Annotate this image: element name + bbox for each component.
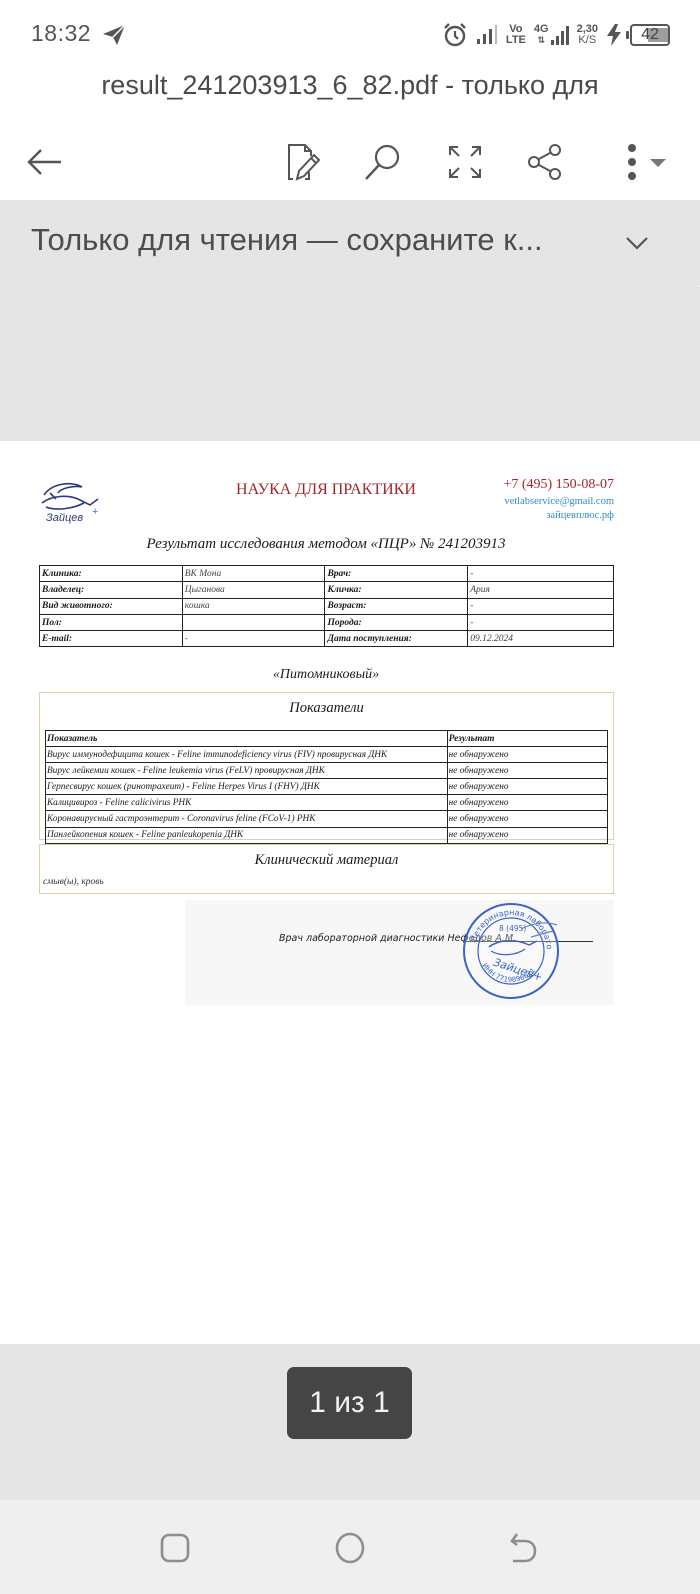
clinical-material-title: Клинический материал [40, 852, 613, 869]
info-label: Кличка: [325, 582, 468, 598]
indicator-name: Калицивироз - Feline calicivirus РНК [46, 795, 448, 811]
back-arrow-icon [25, 147, 65, 177]
navigation-bar [0, 1500, 700, 1594]
info-label: Врач: [325, 566, 468, 582]
contacts: +7 (495) 150-08-07 vetlabservice@gmail.c… [503, 477, 614, 521]
contact-site[interactable]: зайцевплюс.рф [503, 510, 614, 521]
indicator-name: Вирус лейкемии кошек - Feline leukemia v… [46, 763, 448, 779]
info-value [182, 614, 325, 630]
header-result: Результат [447, 731, 607, 747]
signal-icon [476, 25, 498, 45]
info-label: Клиника: [40, 566, 183, 582]
info-row: Владелец:ЦыгановаКличка:Ария [40, 582, 614, 598]
banner-text: Только для чтения — сохраните к... [31, 222, 543, 258]
fullscreen-button[interactable] [440, 137, 490, 187]
indicator-result: не обнаружено [447, 763, 607, 779]
info-value: - [468, 614, 614, 630]
battery-level: 42 [641, 26, 659, 43]
table-header-row: Показатель Результат [46, 731, 608, 747]
more-options-button[interactable] [615, 137, 675, 187]
table-row: Вирус лейкемии кошек - Feline leukemia v… [46, 763, 608, 779]
info-label: Владелец: [40, 582, 183, 598]
indicator-name: Вирус иммунодефицита кошек - Feline immu… [46, 747, 448, 763]
volte-icon: Vo LTE [506, 24, 526, 46]
toolbar [0, 125, 700, 200]
telegram-icon [102, 24, 126, 46]
info-value: - [468, 598, 614, 614]
signature-area: Врач лабораторной диагностики Нефедов А.… [185, 900, 614, 1005]
info-label: Дата поступления: [325, 631, 468, 647]
4g-signal-icon: 4G ⇅ [534, 24, 569, 46]
table-row: Герпесвирус кошек (ринотрахеит) - Feline… [46, 779, 608, 795]
indicator-result: не обнаружено [447, 827, 607, 843]
svg-text:+: + [92, 506, 98, 518]
search-icon [363, 142, 403, 182]
indicators-title: Показатели [40, 700, 613, 717]
info-value: 09.12.2024 [468, 631, 614, 647]
info-row: Пол:Порода:- [40, 614, 614, 630]
fullscreen-icon [447, 144, 483, 180]
read-only-banner[interactable]: Только для чтения — сохраните к... [0, 200, 700, 285]
document-title: result_241203913_6_82.pdf - только для [0, 70, 700, 101]
info-label: Возраст: [325, 598, 468, 614]
indicator-result: не обнаружено [447, 795, 607, 811]
indicator-result: не обнаружено [447, 811, 607, 827]
viewer-footer: 1 из 1 [0, 1344, 700, 1500]
indicator-result: не обнаружено [447, 779, 607, 795]
header-indicator: Показатель [46, 731, 448, 747]
more-icon [620, 142, 670, 182]
info-value: - [468, 566, 614, 582]
table-row: Калицивироз - Feline calicivirus РНКне о… [46, 795, 608, 811]
recents-button[interactable] [155, 1530, 195, 1566]
svg-text:Зайцев: Зайцев [46, 512, 83, 524]
speed-unit: K/S [577, 35, 598, 46]
info-value: кошка [182, 598, 325, 614]
info-label: E-mail: [40, 631, 183, 647]
indicator-name: Герпесвирус кошек (ринотрахеит) - Feline… [46, 779, 448, 795]
info-label: Пол: [40, 614, 183, 630]
table-row: Вирус иммунодефицита кошек - Feline immu… [46, 747, 608, 763]
alarm-icon [442, 22, 468, 48]
edit-button[interactable] [278, 137, 328, 187]
back-nav-button[interactable] [503, 1530, 543, 1566]
contact-phone: +7 (495) 150-08-07 [503, 477, 614, 493]
indicator-name: Панлейкопения кошек - Feline panleukopen… [46, 827, 448, 843]
clinical-material-section: Клинический материал смыв(ы), кровь [39, 844, 614, 894]
status-icons: Vo LTE 4G ⇅ 2,30 K/S 42 [442, 20, 670, 50]
panel-name: «Питомниковый» [0, 667, 652, 683]
home-button[interactable] [330, 1530, 370, 1566]
info-value: ВК Мона [182, 566, 325, 582]
charging-icon [606, 24, 622, 46]
indicator-name: Коронавирусный гастроэнтерит - Coronavir… [46, 811, 448, 827]
edit-icon [285, 142, 321, 182]
back-nav-icon [507, 1531, 539, 1565]
status-time: 18:32 [31, 20, 91, 47]
chevron-down-icon[interactable] [624, 230, 650, 256]
stamp-icon: Ветеринарная лаборатория ИНН 7719896621 … [461, 901, 561, 1001]
back-button[interactable] [20, 137, 70, 187]
page-indicator: 1 из 1 [287, 1367, 412, 1439]
viewer-background [0, 287, 700, 441]
battery-icon: 42 [630, 24, 670, 46]
clinical-material-value: смыв(ы), кровь [43, 877, 104, 887]
indicators-table: Показатель Результат Вирус иммунодефицит… [45, 730, 608, 844]
status-bar: 18:32 Vo LTE 4G ⇅ [0, 0, 700, 70]
share-icon [526, 143, 564, 181]
table-row: Панлейкопения кошек - Feline panleukopen… [46, 827, 608, 843]
volte-bottom: LTE [506, 35, 526, 46]
indicator-result: не обнаружено [447, 747, 607, 763]
info-value: - [182, 631, 325, 647]
pdf-page[interactable]: Зайцев + НАУКА ДЛЯ ПРАКТИКИ +7 (495) 150… [0, 441, 700, 1344]
info-value: Ария [468, 582, 614, 598]
circle-icon [333, 1531, 367, 1565]
network-type: 4G [534, 24, 549, 35]
info-value: Цыганова [182, 582, 325, 598]
square-icon [159, 1532, 191, 1564]
table-row: Коронавирусный гастроэнтерит - Coronavir… [46, 811, 608, 827]
info-label: Порода: [325, 614, 468, 630]
result-title: Результат исследования методом «ПЦР» № 2… [0, 536, 652, 553]
network-speed: 2,30 K/S [577, 24, 598, 46]
info-label: Вид животного: [40, 598, 183, 614]
contact-email[interactable]: vetlabservice@gmail.com [503, 496, 614, 507]
info-row: Вид животного:кошкаВозраст:- [40, 598, 614, 614]
info-row: Клиника:ВК МонаВрач:- [40, 566, 614, 582]
search-button[interactable] [358, 137, 408, 187]
share-button[interactable] [520, 137, 570, 187]
patient-info-table: Клиника:ВК МонаВрач:-Владелец:ЦыгановаКл… [39, 565, 614, 647]
info-row: E-mail:-Дата поступления:09.12.2024 [40, 631, 614, 647]
indicators-section: Показатели Показатель Результат Вирус им… [39, 692, 614, 840]
